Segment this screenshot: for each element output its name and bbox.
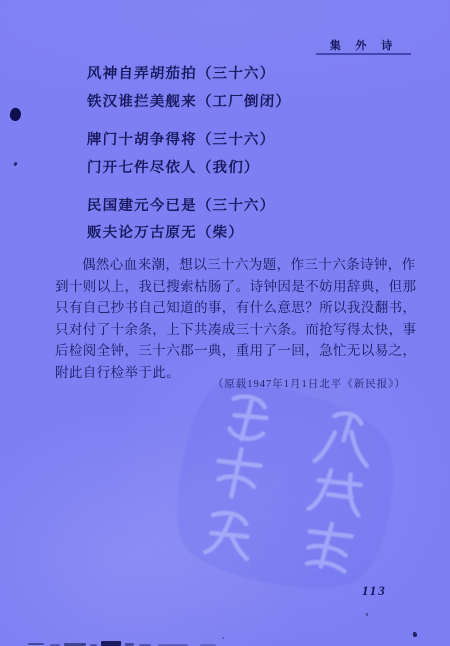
- paragraph-line: 只有自己抄书自己知道的事，有什么意思？所以我没翻书，: [55, 297, 407, 319]
- source-citation: （原载1947年1月1日北平《新民报》）: [0, 376, 406, 391]
- ink-speck: [413, 632, 417, 637]
- verse-line-3: 牌门十胡争得将（三十六）: [87, 128, 276, 149]
- verse-line-1: 风神自弄胡茄拍（三十六）: [87, 62, 276, 83]
- scanned-book-page: 集 外 诗 风神自弄胡茄拍（三十六） 铁汉谁拦美舰来（工厂倒闭） 牌门十胡争得将…: [0, 0, 450, 646]
- ink-blot: [8, 107, 22, 123]
- paragraph-line: 后检阅全钟，三十六郡一典，重用了一回，急忙无以易之，: [55, 340, 407, 362]
- verse-line-6: 贩夫论万古原无（柴）: [87, 221, 245, 242]
- scan-edge-mark: [125, 643, 134, 646]
- scan-edge-mark: [101, 641, 121, 646]
- postscript-paragraph: 偶然心血来潮，想以三十六为题，作三十六条诗钟，作 到十则以上，我已搜索枯肠了。诗…: [55, 254, 407, 383]
- scan-edge-mark: [28, 643, 44, 645]
- running-header: 集 外 诗: [318, 37, 410, 53]
- scan-edge-mark: [200, 644, 216, 646]
- paragraph-line: 到十则以上，我已搜索枯肠了。诗钟因是不妨用辞典，但那: [55, 276, 407, 298]
- seal-watermark: [150, 367, 426, 613]
- page-number: 113: [362, 583, 387, 599]
- verse-line-2: 铁汉谁拦美舰来（工厂倒闭）: [87, 90, 292, 111]
- ink-speck: [222, 637, 224, 639]
- scan-edge-mark: [158, 644, 188, 646]
- verse-line-5: 民国建元今已是（三十六）: [87, 194, 276, 215]
- verse-line-4: 门开七件尽依人（我们）: [87, 156, 260, 177]
- ink-speck: [366, 613, 368, 616]
- running-header-rule: [316, 53, 411, 55]
- scan-edge-mark: [64, 643, 86, 646]
- paragraph-line: 偶然心血来潮，想以三十六为题，作三十六条诗钟，作: [55, 254, 407, 276]
- ink-speck: [13, 162, 18, 167]
- paragraph-line: 只对付了十余条，上下共凑成三十六条。而抢写得太快，事: [55, 319, 407, 341]
